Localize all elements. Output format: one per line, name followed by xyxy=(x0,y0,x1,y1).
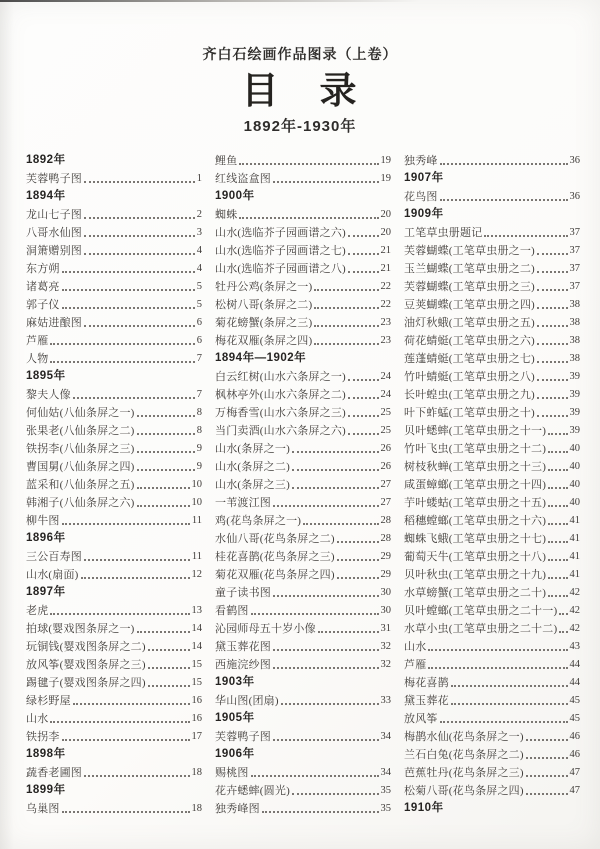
page-number: 39 xyxy=(570,387,581,403)
entry-title: 芭蕉牡丹(花鸟条屏之三) xyxy=(404,765,524,781)
page-number: 28 xyxy=(381,531,392,547)
entry-title: 芙蓉蝴蝶(工笔草虫册之一) xyxy=(404,243,535,259)
dot-leader xyxy=(73,397,195,399)
year-heading: 1900年 xyxy=(215,187,391,205)
entry-title: 龙山七子图 xyxy=(26,207,82,223)
toc-entry: 菊花螃蟹(条屏之三)23 xyxy=(215,313,391,331)
entry-title: 贝叶蟋蟀(工笔草虫册之十一) xyxy=(404,423,546,439)
page-number: 10 xyxy=(192,495,203,511)
entry-title: 贝叶螳螂(工笔草虫册之二十一) xyxy=(404,603,557,619)
dot-leader xyxy=(314,343,378,345)
toc-entry: 山水(条屏之一)26 xyxy=(215,439,391,457)
toc-entry: 松树八哥(条屏之二)22 xyxy=(215,295,391,313)
toc-entry: 花鸟图36 xyxy=(404,187,580,205)
dot-leader xyxy=(548,523,567,525)
toc-entry: 山水(扇面)12 xyxy=(26,565,202,583)
toc-column: 1892年芙蓉鸭子图11894年龙山七子图2八哥水仙图3洞箫赠别图4东方朔4诸葛… xyxy=(26,151,202,817)
page-number: 25 xyxy=(381,423,392,439)
year-heading: 1896年 xyxy=(26,529,202,547)
dot-leader xyxy=(62,811,190,813)
page-number: 40 xyxy=(570,477,581,493)
page-number: 26 xyxy=(381,441,392,457)
entry-title: 叶下蚱蜢(工笔草虫册之十) xyxy=(404,405,535,421)
page-number: 35 xyxy=(381,783,392,799)
entry-title: 花卉蟋蟀(圆光) xyxy=(215,783,290,799)
entry-title: 桂花喜鹊(花鸟条屏之三) xyxy=(215,549,335,565)
dot-leader xyxy=(62,289,195,291)
dot-leader xyxy=(337,559,379,561)
page-number: 2 xyxy=(197,207,202,223)
toc-entry: 华山图(团扇)33 xyxy=(215,691,391,709)
dot-leader xyxy=(137,433,195,435)
dot-leader xyxy=(50,613,189,615)
dot-leader xyxy=(62,307,195,309)
toc-entry: 芭蕉牡丹(花鸟条屏之三)47 xyxy=(404,763,580,781)
toc-entry: 独秀峰图35 xyxy=(215,799,391,817)
entry-title: 八哥水仙图 xyxy=(26,225,82,241)
page-number: 26 xyxy=(381,459,392,475)
entry-title: 玩铜钱(婴戏图条屏之二) xyxy=(26,639,146,655)
entry-title: 油灯秋蛾(工笔草虫册之五) xyxy=(404,315,535,331)
entry-title: 赐桃图 xyxy=(215,765,249,781)
page-number: 38 xyxy=(570,297,581,313)
dot-leader xyxy=(337,541,379,543)
toc-entry: 贝叶蟋蟀(工笔草虫册之十一)39 xyxy=(404,421,580,439)
toc-entry: 枫林亭外(山水六条屏之二)24 xyxy=(215,385,391,403)
toc-entry: 韩湘子(八仙条屏之六)10 xyxy=(26,493,202,511)
toc-entry: 一苇渡江图27 xyxy=(215,493,391,511)
year-heading: 1899年 xyxy=(26,781,202,799)
dot-leader xyxy=(148,667,190,669)
dot-leader xyxy=(251,775,379,777)
dot-leader xyxy=(337,577,379,579)
entry-title: 何仙姑(八仙条屏之一) xyxy=(26,405,135,421)
entry-title: 铁拐李(八仙条屏之三) xyxy=(26,441,135,457)
page-number: 15 xyxy=(192,675,203,691)
page-number: 34 xyxy=(381,729,392,745)
toc-entry: 蓝采和(八仙条屏之五)10 xyxy=(26,475,202,493)
entry-title: 黛玉葬花 xyxy=(404,693,449,709)
year-heading: 1905年 xyxy=(215,709,391,727)
toc-entry: 蜘蛛飞蛾(工笔草虫册之十七)41 xyxy=(404,529,580,547)
entry-title: 当门卖酒(山水六条屏之六) xyxy=(215,423,346,439)
entry-title: 水草螃蟹(工笔草虫册之二十) xyxy=(404,585,546,601)
entry-title: 梅鹊水仙(花鸟条屏之一) xyxy=(404,729,524,745)
page-number: 13 xyxy=(192,603,203,619)
dot-leader xyxy=(526,757,568,759)
entry-title: 稻穗螳螂(工笔草虫册之十六) xyxy=(404,513,546,529)
toc-entry: 铁拐李(八仙条屏之三)9 xyxy=(26,439,202,457)
page-number: 39 xyxy=(570,423,581,439)
toc-entry: 山水43 xyxy=(404,637,580,655)
page-number: 44 xyxy=(570,657,581,673)
toc-entry: 玩铜钱(婴戏图条屏之二)14 xyxy=(26,637,202,655)
entry-title: 竹叶飞虫(工笔草虫册之十二) xyxy=(404,441,546,457)
dot-leader xyxy=(84,235,195,237)
dot-leader xyxy=(314,325,378,327)
toc-entry: 芋叶蝼蛄(工笔草虫册之十五)40 xyxy=(404,493,580,511)
entry-title: 芙蓉鸭子图 xyxy=(215,729,271,745)
dot-leader xyxy=(548,541,567,543)
page-number: 37 xyxy=(570,279,581,295)
page-number: 45 xyxy=(570,711,581,727)
entry-title: 山水(选临芥子园画谱之七) xyxy=(215,243,346,259)
page-number: 14 xyxy=(192,621,203,637)
page-number: 33 xyxy=(381,693,392,709)
toc-entry: 龙山七子图2 xyxy=(26,205,202,223)
dot-leader xyxy=(273,667,379,669)
page-number: 38 xyxy=(570,315,581,331)
dot-leader xyxy=(559,631,567,633)
toc-entry: 白云红树(山水六条屏之一)24 xyxy=(215,367,391,385)
year-heading: 1897年 xyxy=(26,583,202,601)
toc-entry: 沁园师母五十岁小像31 xyxy=(215,619,391,637)
page-number: 5 xyxy=(197,297,202,313)
entry-title: 兰石白兔(花鸟条屏之二) xyxy=(404,747,524,763)
toc-entry: 叶下蚱蜢(工笔草虫册之十)39 xyxy=(404,403,580,421)
toc-column: 独秀峰361907年花鸟图361909年工笔草虫册题记37芙蓉蝴蝶(工笔草虫册之… xyxy=(404,151,580,817)
entry-title: 韩湘子(八仙条屏之六) xyxy=(26,495,135,511)
page-number: 8 xyxy=(197,423,202,439)
toc-entry: 稻穗螳螂(工笔草虫册之十六)41 xyxy=(404,511,580,529)
page-number: 31 xyxy=(381,621,392,637)
dot-leader xyxy=(537,325,568,327)
page-number: 11 xyxy=(192,513,202,529)
toc-columns: 1892年芙蓉鸭子图11894年龙山七子图2八哥水仙图3洞箫赠别图4东方朔4诸葛… xyxy=(0,136,600,817)
page-number: 9 xyxy=(197,441,202,457)
toc-entry: 赐桃图34 xyxy=(215,763,391,781)
page-number: 32 xyxy=(381,657,392,673)
page-number: 29 xyxy=(381,567,392,583)
entry-title: 张果老(八仙条屏之二) xyxy=(26,423,135,439)
dot-leader xyxy=(148,649,190,651)
dot-leader xyxy=(526,793,568,795)
page-number: 23 xyxy=(381,315,392,331)
year-heading: 1909年 xyxy=(404,205,580,223)
dot-leader xyxy=(81,577,190,579)
toc-entry: 洞箫赠别图4 xyxy=(26,241,202,259)
page-number: 8 xyxy=(197,405,202,421)
page-number: 37 xyxy=(570,225,581,241)
entry-title: 三公百寿图 xyxy=(26,549,82,565)
toc-entry: 芦雁44 xyxy=(404,655,580,673)
toc-entry: 黎夫人像7 xyxy=(26,385,202,403)
page-number: 18 xyxy=(192,801,203,817)
dot-leader xyxy=(484,235,567,237)
entry-title: 芙蓉蝴蝶(工笔草虫册之三) xyxy=(404,279,535,295)
toc-entry: 张果老(八仙条屏之二)8 xyxy=(26,421,202,439)
dot-leader xyxy=(239,217,378,219)
page-number: 42 xyxy=(570,621,581,637)
toc-entry: 曹国舅(八仙条屏之四)9 xyxy=(26,457,202,475)
entry-title: 梅花双雁(条屏之四) xyxy=(215,333,312,349)
entry-title: 山水(条屏之一) xyxy=(215,441,290,457)
toc-entry: 绿杉野屋16 xyxy=(26,691,202,709)
toc-entry: 竹叶蜻蜓(工笔草虫册之八)39 xyxy=(404,367,580,385)
dot-leader xyxy=(428,667,567,669)
toc-entry: 工笔草虫册题记37 xyxy=(404,223,580,241)
page-number: 46 xyxy=(570,747,581,763)
entry-title: 花鸟图 xyxy=(404,189,438,205)
entry-title: 黛玉葬花图 xyxy=(215,639,271,655)
toc-entry: 松菊八哥(花鸟条屏之四)47 xyxy=(404,781,580,799)
page-number: 39 xyxy=(570,405,581,421)
toc-entry: 梅花喜鹊44 xyxy=(404,673,580,691)
toc-entry: 看鹤图30 xyxy=(215,601,391,619)
year-heading: 1910年 xyxy=(404,799,580,817)
entry-title: 蜘蛛飞蛾(工笔草虫册之十七) xyxy=(404,531,546,547)
page-number: 30 xyxy=(381,585,392,601)
entry-title: 芙蓉鸭子图 xyxy=(26,171,82,187)
page-number: 42 xyxy=(570,585,581,601)
page-number: 19 xyxy=(381,153,392,169)
page-number: 9 xyxy=(197,459,202,475)
entry-title: 黎夫人像 xyxy=(26,387,71,403)
dot-leader xyxy=(84,775,190,777)
page-number: 41 xyxy=(570,549,581,565)
page-number: 20 xyxy=(381,207,392,223)
year-heading: 1906年 xyxy=(215,745,391,763)
entry-title: 东方朔 xyxy=(26,261,60,277)
toc-entry: 当门卖酒(山水六条屏之六)25 xyxy=(215,421,391,439)
entry-title: 枫林亭外(山水六条屏之二) xyxy=(215,387,346,403)
toc-entry: 蔬香老圃图18 xyxy=(26,763,202,781)
entry-title: 放风筝 xyxy=(404,711,438,727)
page-number: 4 xyxy=(197,261,202,277)
toc-entry: 万梅香雪(山水六条屏之三)25 xyxy=(215,403,391,421)
toc-entry: 山水(选临芥子园画谱之八)21 xyxy=(215,259,391,277)
entry-title: 白云红树(山水六条屏之一) xyxy=(215,369,346,385)
entry-title: 莲蓬蜻蜓(工笔草虫册之七) xyxy=(404,351,535,367)
toc-entry: 水草螃蟹(工笔草虫册之二十)42 xyxy=(404,583,580,601)
entry-title: 树枝秋蝉(工笔草虫册之十三) xyxy=(404,459,546,475)
page-number: 30 xyxy=(381,603,392,619)
toc-entry: 黛玉葬花图32 xyxy=(215,637,391,655)
entry-title: 贝叶秋虫(工笔草虫册之十九) xyxy=(404,567,546,583)
page-number: 6 xyxy=(197,333,202,349)
toc-entry: 芦雁6 xyxy=(26,331,202,349)
dot-leader xyxy=(148,685,190,687)
toc-entry: 油灯秋蛾(工笔草虫册之五)38 xyxy=(404,313,580,331)
entry-title: 鲤鱼 xyxy=(215,153,237,169)
toc-entry: 桂花喜鹊(花鸟条屏之三)29 xyxy=(215,547,391,565)
dot-leader xyxy=(273,649,379,651)
entry-title: 水草小虫(工笔草虫册之二十二) xyxy=(404,621,557,637)
date-range: 1892年-1930年 xyxy=(0,115,600,136)
entry-title: 看鹤图 xyxy=(215,603,249,619)
dot-leader xyxy=(292,469,379,471)
page-number: 47 xyxy=(570,765,581,781)
entry-title: 芦雁 xyxy=(26,333,48,349)
year-heading: 1895年 xyxy=(26,367,202,385)
entry-title: 万梅香雪(山水六条屏之三) xyxy=(215,405,346,421)
toc-entry: 三公百寿图11 xyxy=(26,547,202,565)
entry-title: 一苇渡江图 xyxy=(215,495,271,511)
dot-leader xyxy=(50,343,194,345)
toc-entry: 老虎13 xyxy=(26,601,202,619)
toc-entry: 乌巢图18 xyxy=(26,799,202,817)
toc-entry: 山水(条屏之三)27 xyxy=(215,475,391,493)
toc-entry: 长叶蝗虫(工笔草虫册之九)39 xyxy=(404,385,580,403)
dot-leader xyxy=(84,559,190,561)
page-number: 37 xyxy=(570,261,581,277)
toc-entry: 咸蛋蟑螂(工笔草虫册之十四)40 xyxy=(404,475,580,493)
dot-leader xyxy=(273,505,379,507)
dot-leader xyxy=(537,361,568,363)
dot-leader xyxy=(548,559,567,561)
toc-entry: 山水16 xyxy=(26,709,202,727)
entry-title: 竹叶蜻蜓(工笔草虫册之八) xyxy=(404,369,535,385)
dot-leader xyxy=(537,307,568,309)
page-number: 40 xyxy=(570,495,581,511)
toc-entry: 蜘蛛20 xyxy=(215,205,391,223)
entry-title: 工笔草虫册题记 xyxy=(404,225,482,241)
entry-title: 咸蛋蟑螂(工笔草虫册之十四) xyxy=(404,477,546,493)
page-number: 36 xyxy=(570,153,581,169)
dot-leader xyxy=(428,649,567,651)
page-number: 35 xyxy=(381,801,392,817)
toc-entry: 牡丹公鸡(条屏之一)22 xyxy=(215,277,391,295)
dot-leader xyxy=(548,451,567,453)
page-number: 1 xyxy=(197,171,202,187)
entry-title: 蜘蛛 xyxy=(215,207,237,223)
entry-title: 麻姑进酿图 xyxy=(26,315,82,331)
entry-title: 山水(选临芥子园画谱之六) xyxy=(215,225,346,241)
dot-leader xyxy=(239,163,378,165)
entry-title: 独秀峰 xyxy=(404,153,438,169)
dot-leader xyxy=(440,199,568,201)
dot-leader xyxy=(84,253,195,255)
dot-leader xyxy=(84,325,195,327)
dot-leader xyxy=(137,451,195,453)
entry-title: 柳牛图 xyxy=(26,513,60,529)
page-number: 22 xyxy=(381,297,392,313)
dot-leader xyxy=(292,451,379,453)
toc-entry: 独秀峰36 xyxy=(404,151,580,169)
page-number: 15 xyxy=(192,657,203,673)
dot-leader xyxy=(273,739,379,741)
entry-title: 曹国舅(八仙条屏之四) xyxy=(26,459,135,475)
page-number: 16 xyxy=(192,711,203,727)
entry-title: 西施浣纱图 xyxy=(215,657,271,673)
year-heading: 1907年 xyxy=(404,169,580,187)
dot-leader xyxy=(548,505,567,507)
toc-entry: 芙蓉蝴蝶(工笔草虫册之一)37 xyxy=(404,241,580,259)
toc-entry: 芙蓉鸭子图34 xyxy=(215,727,391,745)
dot-leader xyxy=(84,217,195,219)
toc-entry: 豆荚蝴蝶(工笔草虫册之四)38 xyxy=(404,295,580,313)
toc-column: 鲤鱼19红线盗盒图191900年蜘蛛20山水(选临芥子园画谱之六)20山水(选临… xyxy=(215,151,391,817)
entry-title: 老虎 xyxy=(26,603,48,619)
entry-title: 独秀峰图 xyxy=(215,801,260,817)
entry-title: 童子读书图 xyxy=(215,585,271,601)
dot-leader xyxy=(348,433,379,435)
page-number: 7 xyxy=(197,351,202,367)
toc-entry: 梅鹊水仙(花鸟条屏之一)46 xyxy=(404,727,580,745)
page-number: 28 xyxy=(381,513,392,529)
page-number: 37 xyxy=(570,243,581,259)
entry-title: 松树八哥(条屏之二) xyxy=(215,297,312,313)
page-number: 40 xyxy=(570,441,581,457)
dot-leader xyxy=(73,703,190,705)
toc-entry: 水仙八哥(花鸟条屏之二)28 xyxy=(215,529,391,547)
toc-entry: 山水(选临芥子园画谱之六)20 xyxy=(215,223,391,241)
toc-entry: 花卉蟋蟀(圆光)35 xyxy=(215,781,391,799)
entry-title: 豆荚蝴蝶(工笔草虫册之四) xyxy=(404,297,535,313)
toc-entry: 柳牛图11 xyxy=(26,511,202,529)
dot-leader xyxy=(451,685,568,687)
toc-entry: 莲蓬蜻蜓(工笔草虫册之七)38 xyxy=(404,349,580,367)
page-number: 23 xyxy=(381,333,392,349)
series-title: 齐白石绘画作品图录（上卷） xyxy=(0,44,600,64)
page-number: 3 xyxy=(197,225,202,241)
dot-leader xyxy=(348,415,379,417)
dot-leader xyxy=(348,271,379,273)
page-title: 目 录 xyxy=(0,72,600,111)
page-number: 36 xyxy=(570,189,581,205)
toc-entry: 东方朔4 xyxy=(26,259,202,277)
page-number: 17 xyxy=(192,729,203,745)
toc-entry: 梅花双雁(条屏之四)23 xyxy=(215,331,391,349)
dot-leader xyxy=(537,415,568,417)
toc-entry: 放风筝45 xyxy=(404,709,580,727)
dot-leader xyxy=(273,595,379,597)
dot-leader xyxy=(50,721,189,723)
entry-title: 沁园师母五十岁小像 xyxy=(215,621,316,637)
toc-page: 齐白石绘画作品图录（上卷） 目 录 1892年-1930年 1892年芙蓉鸭子图… xyxy=(0,0,600,849)
toc-header: 齐白石绘画作品图录（上卷） 目 录 1892年-1930年 xyxy=(0,0,600,136)
dot-leader xyxy=(292,793,379,795)
dot-leader xyxy=(137,631,190,633)
page-number: 12 xyxy=(192,567,203,583)
page-number: 29 xyxy=(381,549,392,565)
toc-entry: 葡萄天牛(工笔草虫册之十八)41 xyxy=(404,547,580,565)
page-number: 4 xyxy=(197,243,202,259)
page-number: 21 xyxy=(381,243,392,259)
entry-title: 山水 xyxy=(26,711,48,727)
page-number: 38 xyxy=(570,351,581,367)
entry-title: 芋叶蝼蛄(工笔草虫册之十五) xyxy=(404,495,546,511)
toc-entry: 踢毽子(婴戏图条屏之四)15 xyxy=(26,673,202,691)
page-number: 46 xyxy=(570,729,581,745)
toc-entry: 人物7 xyxy=(26,349,202,367)
page-number: 18 xyxy=(192,765,203,781)
entry-title: 芦雁 xyxy=(404,657,426,673)
entry-title: 洞箫赠别图 xyxy=(26,243,82,259)
dot-leader xyxy=(137,505,190,507)
page-number: 16 xyxy=(192,693,203,709)
year-heading: 1903年 xyxy=(215,673,391,691)
dot-leader xyxy=(537,253,568,255)
dot-leader xyxy=(451,703,568,705)
page-number: 32 xyxy=(381,639,392,655)
dot-leader xyxy=(548,595,567,597)
page-number: 21 xyxy=(381,261,392,277)
dot-leader xyxy=(559,613,567,615)
page-number: 47 xyxy=(570,783,581,799)
page-number: 6 xyxy=(197,315,202,331)
entry-title: 山水 xyxy=(404,639,426,655)
entry-title: 绿杉野屋 xyxy=(26,693,71,709)
dot-leader xyxy=(526,775,568,777)
year-heading: 1898年 xyxy=(26,745,202,763)
dot-leader xyxy=(526,739,568,741)
dot-leader xyxy=(62,739,190,741)
toc-entry: 麻姑进酿图6 xyxy=(26,313,202,331)
toc-entry: 芙蓉蝴蝶(工笔草虫册之三)37 xyxy=(404,277,580,295)
entry-title: 铁拐李 xyxy=(26,729,60,745)
toc-entry: 鸡(花鸟条屏之一)28 xyxy=(215,511,391,529)
